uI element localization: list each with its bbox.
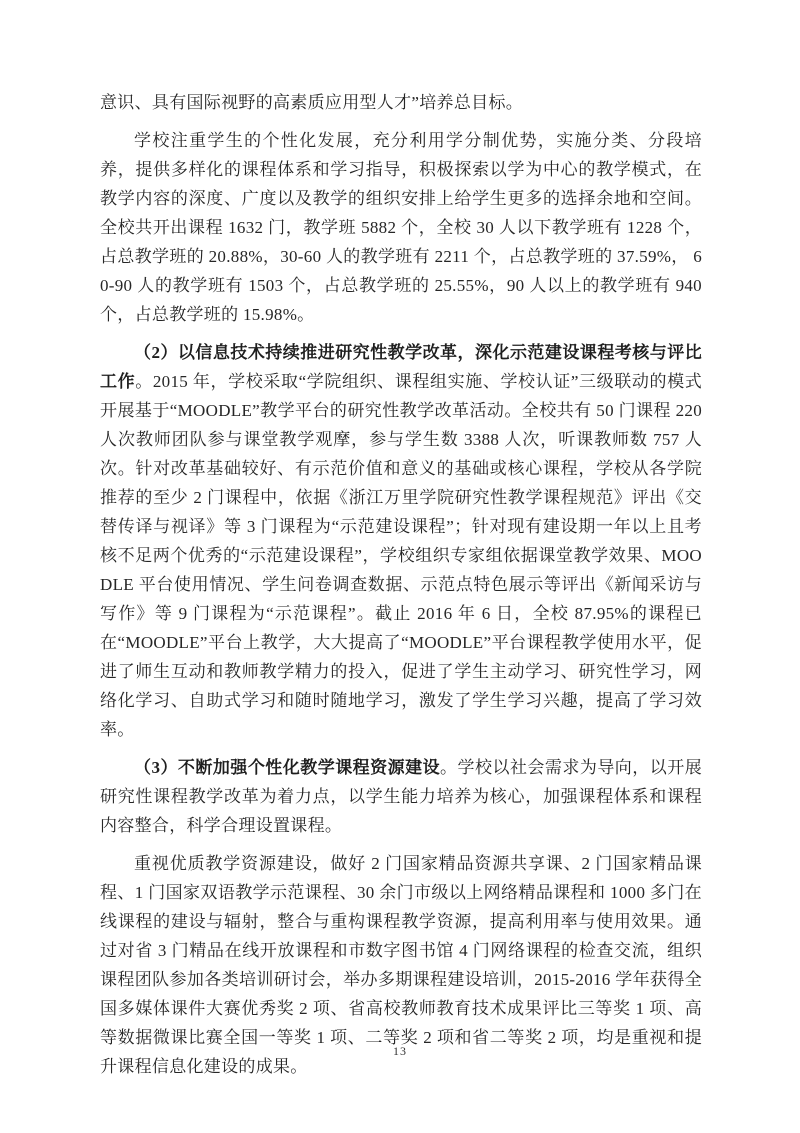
paragraph: （3）不断加强个性化教学课程资源建设。学校以社会需求为导向，以开展研究性课程教学… — [100, 753, 702, 840]
paragraph-heading: （3）不断加强个性化教学课程资源建设 — [134, 758, 440, 777]
paragraph-heading: （2）以信息技术持续推进研究性教学改革，深化示范建设课程考核与评比工作 — [100, 343, 702, 391]
document-page: { "page": { "number": "13" }, "document"… — [0, 0, 800, 1133]
paragraphs-container: 意识、具有国际视野的高素质应用型人才”培养总目标。学校注重学生的个性化发展，充分… — [100, 88, 702, 1081]
paragraph: （2）以信息技术持续推进研究性教学改革，深化示范建设课程考核与评比工作。2015… — [100, 338, 702, 744]
page-number: 13 — [393, 1044, 407, 1058]
page-footer: 13 — [0, 1042, 800, 1060]
paragraph: 意识、具有国际视野的高素质应用型人才”培养总目标。 — [100, 88, 702, 117]
paragraph: 学校注重学生的个性化发展，充分利用学分制优势，实施分类、分段培养，提供多样化的课… — [100, 126, 702, 329]
document-body: 意识、具有国际视野的高素质应用型人才”培养总目标。学校注重学生的个性化发展，充分… — [100, 88, 702, 1090]
